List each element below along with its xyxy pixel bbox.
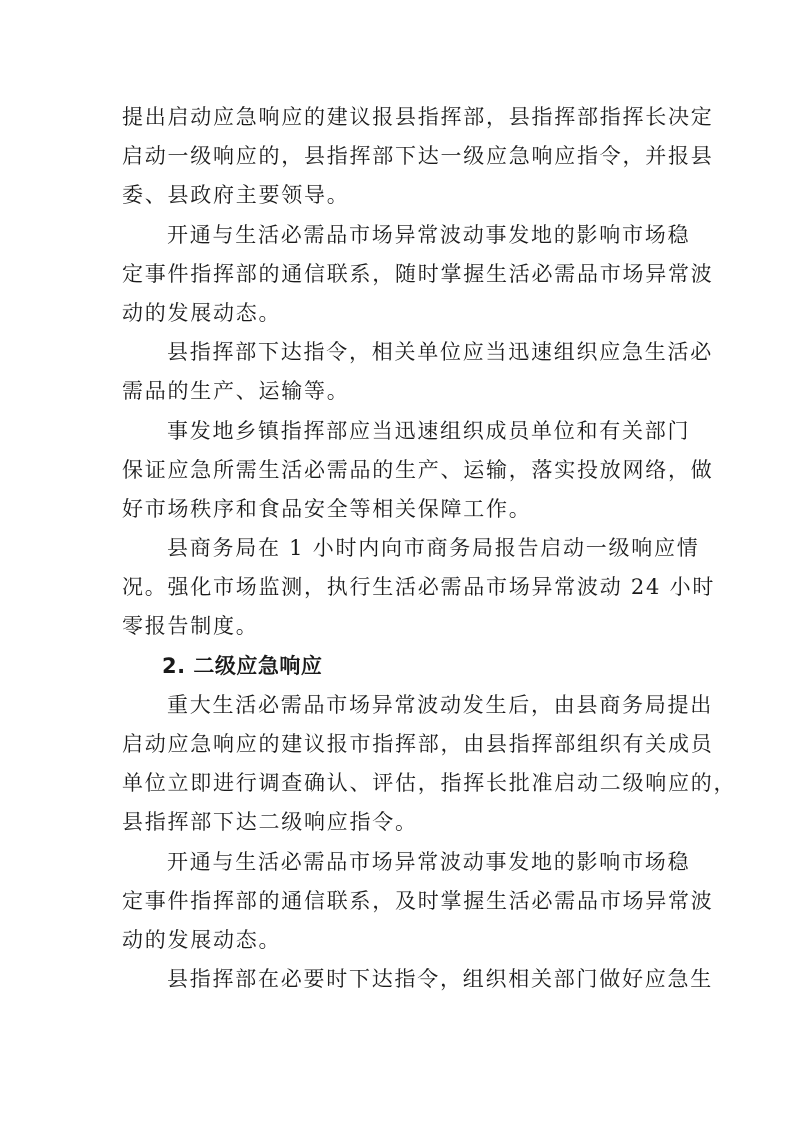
text-line: 好市场秩序和食品安全等相关保障工作。 xyxy=(122,490,674,529)
text-line: 县指挥部在必要时下达指令，组织相关部门做好应急生 xyxy=(122,960,674,999)
paragraph-2: 开通与生活必需品市场异常波动事发地的影响市场稳 定事件指挥部的通信联系，随时掌握… xyxy=(122,216,674,334)
paragraph-4: 事发地乡镇指挥部应当迅速组织成员单位和有关部门 保证应急所需生活必需品的生产、运… xyxy=(122,412,674,530)
paragraph-3: 县指挥部下达指令，相关单位应当迅速组织应急生活必 需品的生产、运输等。 xyxy=(122,333,674,411)
text-line: 动的发展动态。 xyxy=(122,294,674,333)
paragraph-7: 开通与生活必需品市场异常波动事发地的影响市场稳 定事件指挥部的通信联系，及时掌握… xyxy=(122,843,674,961)
paragraph-1: 提出启动应急响应的建议报县指挥部，县指挥部指挥长决定 启动一级响应的，县指挥部下… xyxy=(122,98,674,216)
text-line: 重大生活必需品市场异常波动发生后，由县商务局提出 xyxy=(122,686,674,725)
document-body: 提出启动应急响应的建议报县指挥部，县指挥部指挥长决定 启动一级响应的，县指挥部下… xyxy=(122,98,674,999)
section-heading: 2. 二级应急响应 xyxy=(122,647,674,686)
text-line: 定事件指挥部的通信联系，及时掌握生活必需品市场异常波 xyxy=(122,882,674,921)
text-line: 定事件指挥部的通信联系，随时掌握生活必需品市场异常波 xyxy=(122,255,674,294)
text-line: 需品的生产、运输等。 xyxy=(122,372,674,411)
text-line: 县商务局在 1 小时内向市商务局报告启动一级响应情 xyxy=(122,529,674,568)
text-line: 县指挥部下达二级响应指令。 xyxy=(122,803,674,842)
text-line: 保证应急所需生活必需品的生产、运输，落实投放网络，做 xyxy=(122,451,674,490)
text-line: 开通与生活必需品市场异常波动事发地的影响市场稳 xyxy=(122,216,674,255)
paragraph-6: 重大生活必需品市场异常波动发生后，由县商务局提出 启动应急响应的建议报市指挥部，… xyxy=(122,686,674,843)
document-page: 提出启动应急响应的建议报县指挥部，县指挥部指挥长决定 启动一级响应的，县指挥部下… xyxy=(0,0,793,1122)
text-line: 事发地乡镇指挥部应当迅速组织成员单位和有关部门 xyxy=(122,412,674,451)
paragraph-5: 县商务局在 1 小时内向市商务局报告启动一级响应情 况。强化市场监测，执行生活必… xyxy=(122,529,674,647)
text-line: 况。强化市场监测，执行生活必需品市场异常波动 24 小时 xyxy=(122,568,674,607)
text-line: 县指挥部下达指令，相关单位应当迅速组织应急生活必 xyxy=(122,333,674,372)
section-heading-title: 2. 二级应急响应 xyxy=(122,647,674,686)
text-line: 零报告制度。 xyxy=(122,607,674,646)
text-line: 开通与生活必需品市场异常波动事发地的影响市场稳 xyxy=(122,843,674,882)
text-line: 动的发展动态。 xyxy=(122,921,674,960)
text-line: 启动一级响应的，县指挥部下达一级应急响应指令，并报县 xyxy=(122,137,674,176)
text-line: 提出启动应急响应的建议报县指挥部，县指挥部指挥长决定 xyxy=(122,98,674,137)
text-line: 启动应急响应的建议报市指挥部，由县指挥部组织有关成员 xyxy=(122,725,674,764)
text-line: 委、县政府主要领导。 xyxy=(122,176,674,215)
text-line: 单位立即进行调查确认、评估，指挥长批准启动二级响应的， xyxy=(122,764,674,803)
paragraph-8: 县指挥部在必要时下达指令，组织相关部门做好应急生 xyxy=(122,960,674,999)
